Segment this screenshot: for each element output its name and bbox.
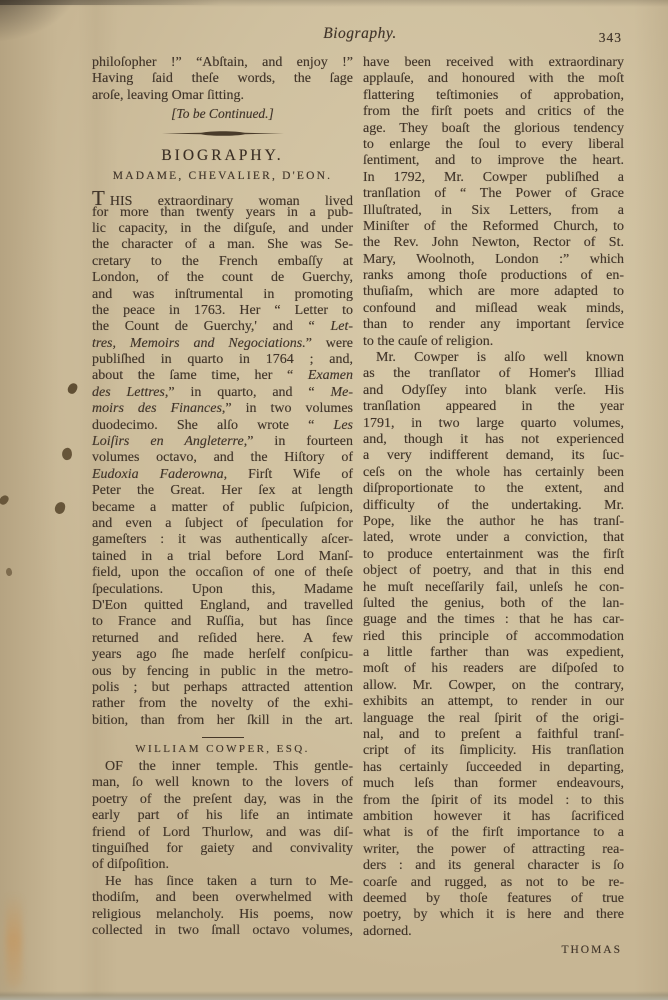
text-line: of diſpoſition.: [92, 857, 353, 873]
ink-mark: [54, 501, 66, 514]
text-line: difficulty of the undertaking. Mr.: [363, 498, 624, 514]
text-line: a little farther than was expedient,: [363, 645, 624, 661]
text-line: lic capacity, in the diſguſe, and under: [92, 221, 353, 237]
text-line: THIS extraordinary woman lived: [92, 188, 353, 204]
text-line: cript of its ſimplicity. His tranſlation: [363, 743, 624, 759]
text-line: from the ſpirit of its model : to this: [363, 793, 624, 809]
text-line: cretary to the French embaſſy at: [92, 254, 353, 270]
text-line: field, upon the occaſion of one of theſe: [92, 565, 353, 581]
text-line: volumes octavo, and the Hiſtory of: [92, 450, 353, 466]
text-line: ſentiment, and to improve the heart.: [363, 153, 624, 169]
scanned-page: Biography. 343 philoſopher !” “Abſtain, …: [0, 0, 668, 1000]
text-line: he muſt neceſſarily fail, unleſs he con-: [363, 580, 624, 596]
text-line: collected in two ſmall octavo volumes,: [92, 923, 353, 939]
paragraph: He has ſince taken a turn to Me-thodiſm,…: [92, 874, 353, 940]
text-line: and, though it has not experienced: [363, 432, 624, 448]
paragraph: have been received with extraordinaryapp…: [363, 55, 624, 350]
paragraph: THIS extraordinary woman livedfor more t…: [92, 188, 353, 729]
text-line: years ago ſhe made herſelf conſpicu-: [92, 647, 353, 663]
text-line: flattering teſtimonies of approbation,: [363, 88, 624, 104]
text-line: moſt of his readers are diſpoſed to: [363, 661, 624, 677]
text-line: ders : and its general character is ſo: [363, 858, 624, 874]
text-line: returned and reſided here. A few: [92, 631, 353, 647]
ink-mark: [61, 447, 73, 461]
text-line: have been received with extraordinary: [363, 55, 624, 71]
paragraph: OF the inner temple. This gentle-man, ſo…: [92, 759, 353, 874]
text-line: to France and Ruſſia, but has ſince: [92, 614, 353, 630]
text-line: and even a ſubject of ſpeculation for: [92, 516, 353, 532]
text-line: diſproportionate to the extent, and: [363, 481, 624, 497]
text-line: coarſe and rugged, as not to be re-: [363, 875, 624, 891]
text-line: gameſters : it was authentically aſcer-: [92, 532, 353, 548]
left-column: philoſopher !” “Abſtain, and enjoy !”Hav…: [92, 55, 353, 956]
text-line: and Odyſſey into blank verſe. His: [363, 383, 624, 399]
text-line: tained in a trial before Lord Manſ-: [92, 549, 353, 565]
text-line: became a matter of public ſuſpicion,: [92, 500, 353, 516]
text-line: to the cauſe of religion.: [363, 334, 624, 350]
section-heading: BIOGRAPHY.: [92, 147, 353, 165]
text-line: ried this principle of accommodation: [363, 629, 624, 645]
text-line: man, ſo well known to the lovers of: [92, 775, 353, 791]
text-line: thuſiaſm, which are more adapted to: [363, 284, 624, 300]
section-divider-rule: [202, 737, 244, 738]
paper-stain: [6, 893, 22, 988]
catchword: THOMAS: [363, 944, 624, 956]
article-title: MADAME, CHEVALIER, D'EON.: [92, 170, 353, 182]
text-line: from the firſt poets and critics of the: [363, 104, 624, 120]
text-line: age. They boaſt the glorious tendency: [363, 121, 624, 137]
text-line: language the real ſpirit of the origi-: [363, 711, 624, 727]
text-line: D'Eon quitted England, and travelled: [92, 598, 353, 614]
text-line: to produce entertainment was the firſt: [363, 547, 624, 563]
text-line: rather from the novelty of the exhi-: [92, 696, 353, 712]
swelled-rule-divider: [92, 130, 353, 137]
text-line: Peter the Great. Her ſex at length: [92, 483, 353, 499]
text-line: as the tranſlator of Homer's Illiad: [363, 366, 624, 382]
text-line: to enlarge the ſoul to every liberal: [363, 137, 624, 153]
text-line: adorned.: [363, 924, 624, 940]
text-line: Mr. Cowper is alſo well known: [363, 350, 624, 366]
text-line: tranſlation of “ The Power of Grace: [363, 186, 624, 202]
text-line: nal, and to preſent a faithful tranſ-: [363, 727, 624, 743]
text-line: the Count de Guerchy,' and “ Let-: [92, 319, 353, 335]
paragraph: Mr. Cowper is alſo well knownas the tran…: [363, 350, 624, 940]
text-line: OF the inner temple. This gentle-: [92, 759, 353, 775]
ink-mark: [0, 494, 10, 507]
text-line: Pope, like the author he has tranſ-: [363, 514, 624, 530]
text-line: the Rev. John Newton, Rector of St.: [363, 235, 624, 251]
text-line: poetry of the preſent day, was in the: [92, 792, 353, 808]
paragraph: philoſopher !” “Abſtain, and enjoy !”Hav…: [92, 55, 353, 104]
text-line: des Lettres,” in quarto, and “ Me-: [92, 385, 353, 401]
text-line: polis ; but perhaps attracted attention: [92, 680, 353, 696]
text-line: has certainly ſucceeded in departing,: [363, 760, 624, 776]
text-line: applauſe, and honoured with the moſt: [363, 71, 624, 87]
text-line: Illuſtrated, in Six Letters, from a: [363, 203, 624, 219]
text-line: thodiſm, and been overwhelmed with: [92, 890, 353, 906]
text-line: a very indifferent demand, its ſuc-: [363, 448, 624, 464]
article-title: WILLIAM COWPER, ESQ.: [92, 743, 353, 755]
text-line: writer, the power of attracting rea-: [363, 842, 624, 858]
text-line: bition, than from her ſkill in the art.: [92, 713, 353, 729]
text-line: the peace in 1763. Her “ Letter to: [92, 303, 353, 319]
text-line: In 1792, Mr. Cowper publiſhed a: [363, 170, 624, 186]
text-line: publiſhed in quarto in 1764 ; and,: [92, 352, 353, 368]
text-line: ſulted the genius, both of the lan-: [363, 596, 624, 612]
text-line: ſpeculations. Upon this, Madame: [92, 582, 353, 598]
text-line: ceſs on the whole has certainly been: [363, 465, 624, 481]
text-line: 1791, in two large quarto volumes,: [363, 416, 624, 432]
text-line: what is of the firſt importance to a: [363, 825, 624, 841]
text-line: lated, wrote under a conviction, that: [363, 530, 624, 546]
text-line: aroſe, leaving Omar ſitting.: [92, 88, 353, 104]
text-line: philoſopher !” “Abſtain, and enjoy !”: [92, 55, 353, 71]
to-be-continued-note: [To be Continued.]: [92, 105, 353, 123]
text-line: tinguiſhed for gaiety and convivality: [92, 841, 353, 857]
running-head: Biography.: [60, 25, 660, 43]
text-line: and was inſtrumental in promoting: [92, 287, 353, 303]
text-line: early part of his life an intimate: [92, 808, 353, 824]
text-line: deemed by thoſe features of true: [363, 891, 624, 907]
text-line: object of poetry, and that in this end: [363, 563, 624, 579]
text-line: much leſs than former endeavours,: [363, 776, 624, 792]
text-line: about the ſame time, her “ Examen: [92, 368, 353, 384]
text-line: ous by fencing in public in the metro-: [92, 664, 353, 680]
text-line: poetry, by which it is here and there: [363, 907, 624, 923]
text-line: Miniſter of the Reformed Church, to: [363, 219, 624, 235]
text-line: duodecimo. She alſo wrote “ Les: [92, 418, 353, 434]
text-line: religious melancholy. His poems, now: [92, 907, 353, 923]
text-line: than to render any important ſervice: [363, 317, 624, 333]
text-line: allow. Mr. Cowper, on the contrary,: [363, 678, 624, 694]
text-line: for more than twenty years in a pub-: [92, 205, 353, 221]
text-line: confound and miſlead weak minds,: [363, 301, 624, 317]
page-top-edge-shadow: [0, 0, 220, 5]
text-line: guage and the times : that he has car-: [363, 612, 624, 628]
text-line: London, of the count de Guerchy,: [92, 270, 353, 286]
text-line: tres, Memoirs and Negociations.” were: [92, 336, 353, 352]
text-line: Having ſaid theſe words, the ſage: [92, 71, 353, 87]
page-bottom-edge: [0, 991, 668, 1000]
text-line: ambition however it has ſacrificed: [363, 809, 624, 825]
text-line: the character of a man. She was Se-: [92, 237, 353, 253]
text-line: ranks among thoſe productions of en-: [363, 268, 624, 284]
text-line: Loiſirs en Angleterre,” in fourteen: [92, 434, 353, 450]
text-line: He has ſince taken a turn to Me-: [92, 874, 353, 890]
ink-mark: [67, 382, 79, 395]
right-column: have been received with extraordinaryapp…: [363, 55, 624, 956]
text-line: tranſlation appeared in the year: [363, 399, 624, 415]
text-line: moirs des Finances,” in two volumes: [92, 401, 353, 417]
ink-mark: [5, 567, 13, 577]
text-line: exhibits an attempt, to render in our: [363, 694, 624, 710]
text-block: philoſopher !” “Abſtain, and enjoy !”Hav…: [92, 55, 624, 956]
text-line: Eudoxia Faderowna, Firſt Wife of: [92, 467, 353, 483]
page-number: 343: [599, 30, 622, 46]
text-line: friend of Lord Thurlow, and was diſ-: [92, 825, 353, 841]
text-line: Mary, Woolnoth, London :” which: [363, 252, 624, 268]
